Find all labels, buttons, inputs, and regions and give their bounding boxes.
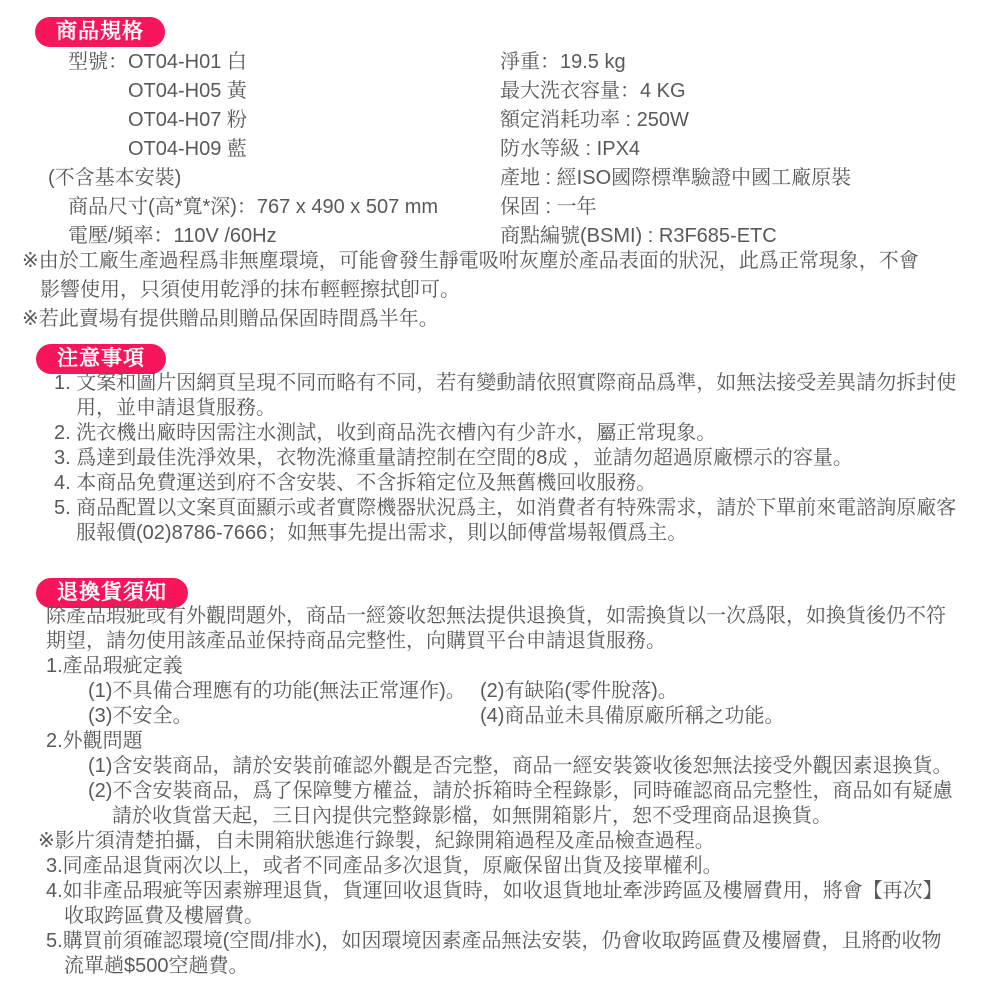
specs-section-badge: 商品規格 bbox=[35, 17, 165, 47]
returns-defect-row-1: (1)不具備合理應有的功能(無法正常運作)。 (2)有缺陷(零件脫落)。 bbox=[0, 679, 1000, 704]
returns-defect-row-2: (3)不安全。 (4)商品並未具備原廠所稱之功能。 bbox=[0, 704, 1000, 729]
returns-intro-line-1: 除產品瑕疵或有外觀問題外，商品一經簽收恕無法提供退換貨，如需換貨以一次爲限，如換… bbox=[46, 604, 1000, 629]
spec-line-model-3: OT04-H07 粉 bbox=[128, 106, 500, 135]
returns-rule-5-cont: 流單趟$500空趟費。 bbox=[64, 954, 1000, 979]
appearance-item-2-cont: 請於收貨當天起，三日內提供完整錄影檔，如無開箱影片，恕不受理商品退換貨。 bbox=[112, 804, 1000, 829]
spec-line-model-4: OT04-H09 藍 bbox=[128, 135, 500, 164]
notice-section-badge: 注意事項 bbox=[36, 344, 166, 374]
specs-left-column: 型號：OT04-H01 白 OT04-H05 黃 OT04-H07 粉 OT04… bbox=[0, 48, 500, 251]
spec-line-model: 型號：OT04-H01 白 bbox=[68, 48, 500, 77]
defect-item-2: (2)有缺陷(零件脫落)。 bbox=[480, 679, 678, 704]
returns-intro-line-2: 期望，請勿使用該產品並保持商品完整性，向購買平台申請退貨服務。 bbox=[46, 629, 1000, 654]
appearance-item-1: (1)含安裝商品，請於安裝前確認外觀是否完整，商品一經安裝簽收後恕無法接受外觀因… bbox=[88, 754, 1000, 779]
spec-line-net-weight: 淨重：19.5 kg bbox=[500, 48, 1000, 77]
returns-rule-4-cont: 收取跨區費及樓層費。 bbox=[64, 904, 1000, 929]
spec-line-model-2: OT04-H05 黃 bbox=[128, 77, 500, 106]
spec-line-capacity: 最大洗衣容量：4 KG bbox=[500, 77, 1000, 106]
returns-rule-4: 4.如非產品瑕疵等因素辦理退貨，貨運回收退貨時，如收退貨地址牽涉跨區及樓層費用，… bbox=[46, 879, 1000, 904]
spec-line-waterproof: 防水等級 : IPX4 bbox=[500, 135, 1000, 164]
defect-item-4: (4)商品並未具備原廠所稱之功能。 bbox=[480, 704, 784, 729]
notice-item-4: 4. 本商品免費運送到府不含安裝、不含拆箱定位及無舊機回收服務。 bbox=[54, 471, 1000, 496]
general-notes: ※由於工廠生產過程爲非無塵環境，可能會發生靜電吸咐灰塵於產品表面的狀況，此爲正常… bbox=[0, 247, 1000, 334]
returns-rule-5: 5.購買前須確認環境(空間/排水)，如因環境因素產品無法安裝，仍會收取跨區費及樓… bbox=[46, 929, 1000, 954]
spec-line-no-install: (不含基本安裝) bbox=[48, 164, 500, 193]
notice-item-1-cont: 用，並申請退貨服務。 bbox=[76, 396, 1000, 421]
notice-item-5: 5. 商品配置以文案頁面顯示或者實際機器狀況爲主，如消費者有特殊需求，請於下單前… bbox=[54, 496, 1000, 521]
product-description-page: 商品規格 型號：OT04-H01 白 OT04-H05 黃 OT04-H07 粉… bbox=[0, 0, 1000, 1000]
notice-item-1: 1. 文案和圖片因網頁呈現不同而略有不同，若有變動請依照實際商品爲準，如無法接受… bbox=[54, 371, 1000, 396]
note-gift-warranty: ※若此賣場有提供贈品則贈品保固時間爲半年。 bbox=[22, 305, 1000, 334]
spec-line-power: 額定消耗功率 : 250W bbox=[500, 106, 1000, 135]
defect-item-3: (3)不安全。 bbox=[88, 705, 192, 727]
appearance-item-2: (2)不含安裝商品，爲了保障雙方權益，請於拆箱時全程錄影，同時確認商品完整性，商… bbox=[88, 779, 1000, 804]
returns-defect-title: 1.產品瑕疵定義 bbox=[46, 654, 1000, 679]
returns-section: 除產品瑕疵或有外觀問題外，商品一經簽收恕無法提供退換貨，如需換貨以一次爲限，如換… bbox=[0, 604, 1000, 979]
defect-item-1: (1)不具備合理應有的功能(無法正常運作)。 bbox=[88, 680, 466, 702]
spec-line-dimensions: 商品尺寸(高*寬*深)：767 x 490 x 507 mm bbox=[68, 193, 500, 222]
specs-right-column: 淨重：19.5 kg 最大洗衣容量：4 KG 額定消耗功率 : 250W 防水等… bbox=[500, 48, 1000, 251]
note-dust-line-1: ※由於工廠生產過程爲非無塵環境，可能會發生靜電吸咐灰塵於產品表面的狀況，此爲正常… bbox=[22, 247, 1000, 276]
returns-appearance-title: 2.外觀問題 bbox=[46, 729, 1000, 754]
spec-line-origin: 產地 : 經ISO國際標準驗證中國工廠原裝 bbox=[500, 164, 1000, 193]
notice-item-2: 2. 洗衣機出廠時因需注水測試，收到商品洗衣槽內有少許水，屬正常現象。 bbox=[54, 421, 1000, 446]
returns-rule-3: 3.同產品退貨兩次以上，或者不同產品多次退貨，原廠保留出貨及接單權利。 bbox=[46, 854, 1000, 879]
returns-video-note: ※影片須清楚拍攝，自未開箱狀態進行錄製，紀錄開箱過程及產品檢查過程。 bbox=[38, 829, 1000, 854]
note-dust-line-2: 影響使用，只須使用乾淨的抹布輕輕擦拭卽可。 bbox=[40, 276, 1000, 305]
notice-item-5-cont: 服報價(02)8786-7666；如無事先提出需求，則以師傅當場報價爲主。 bbox=[76, 521, 1000, 546]
spec-line-warranty: 保固 : 一年 bbox=[500, 193, 1000, 222]
notice-item-3: 3. 爲達到最佳洗淨效果，衣物洗滌重量請控制在空間的8成 ，並請勿超過原廠標示的… bbox=[54, 446, 1000, 471]
notice-section: 1. 文案和圖片因網頁呈現不同而略有不同，若有變動請依照實際商品爲準，如無法接受… bbox=[0, 371, 1000, 546]
